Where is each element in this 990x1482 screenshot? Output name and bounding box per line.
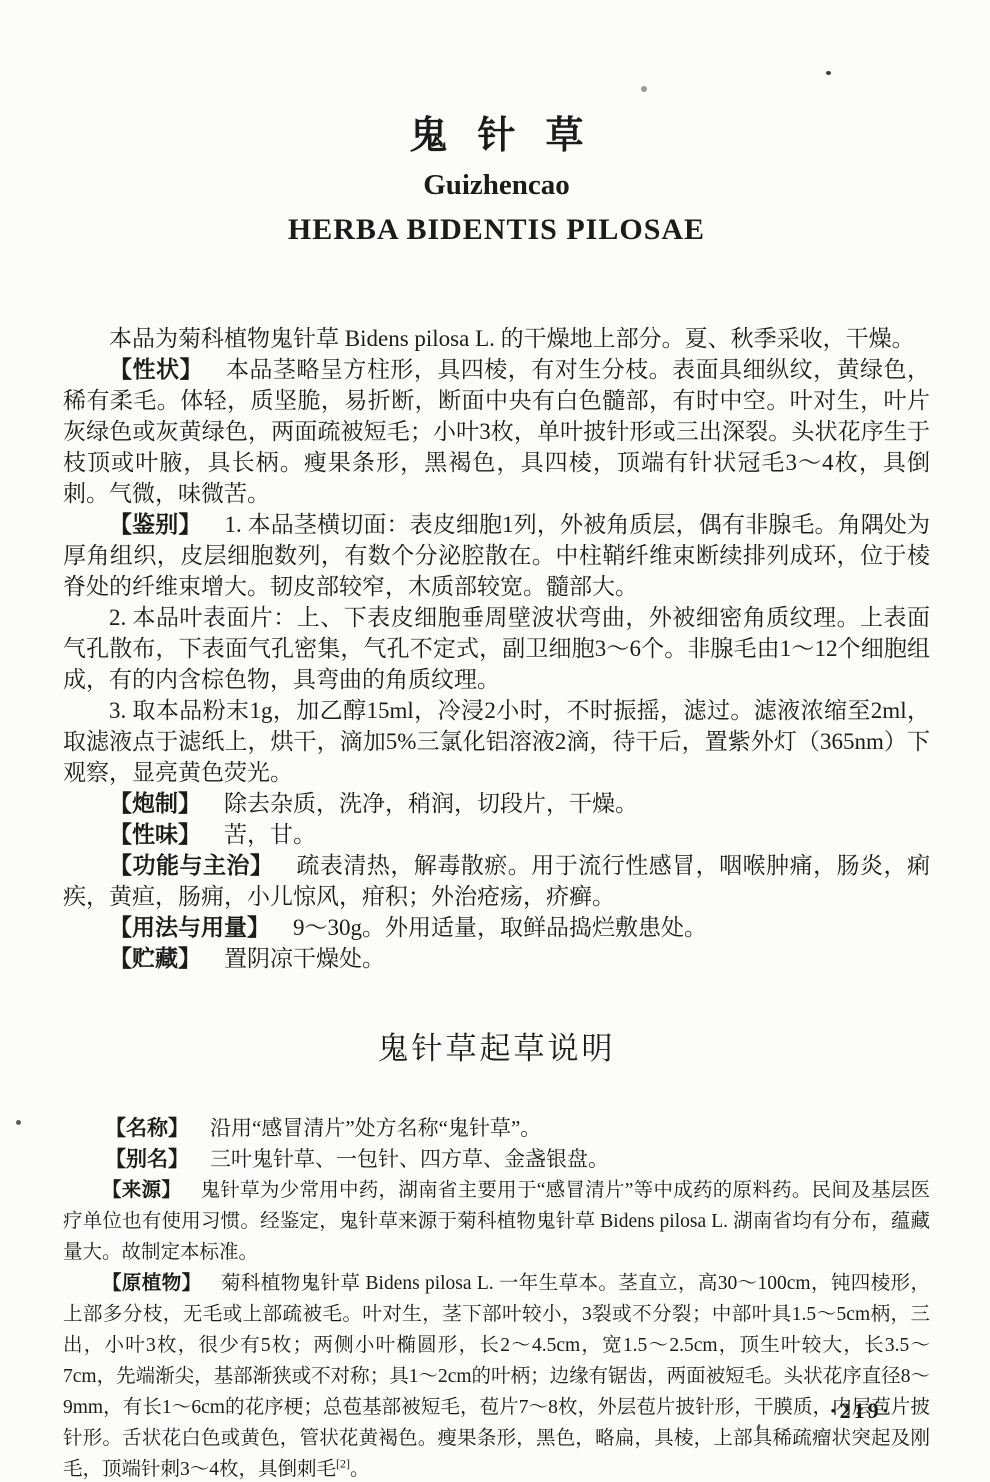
entry-label: 【炮制】 xyxy=(109,791,201,816)
entry-text-tail: 。 xyxy=(350,1459,370,1480)
paragraph-aliases: 【别名】三叶鬼针草、一包针、四方草、金盏银盘。 xyxy=(63,1144,930,1175)
drafting-notes: 【名称】沿用“感冒清片”处方名称“鬼针草”。 【别名】三叶鬼针草、一包针、四方草… xyxy=(63,1113,930,1482)
scan-artifact xyxy=(826,71,831,75)
paragraph-processing: 【炮制】除去杂质，洗净，稍润，切段片，干燥。 xyxy=(63,788,930,819)
entry-label: 【别名】 xyxy=(105,1147,189,1171)
intro-paragraph: 本品为菊科植物鬼针草 Bidens pilosa L. 的干燥地上部分。夏、秋季… xyxy=(63,323,930,354)
entry-text: 沿用“感冒清片”处方名称“鬼针草”。 xyxy=(210,1116,541,1140)
entry-text: 置阴凉干燥处。 xyxy=(224,946,385,971)
monograph-header: 鬼针草 Guizhencao HERBA BIDENTIS PILOSAE xyxy=(63,115,930,246)
entry-text: 9～30g。外用适量，取鲜品捣烂敷患处。 xyxy=(293,915,707,940)
entry-text: 3. 取本品粉末1g，加乙醇15ml，冷浸2小时，不时振摇，滤过。滤液浓缩至2m… xyxy=(63,698,930,785)
page-content: 鬼针草 Guizhencao HERBA BIDENTIS PILOSAE 本品… xyxy=(0,115,990,1482)
entry-label: 【来源】 xyxy=(102,1180,181,1201)
entry-text: 菊科植物鬼针草 Bidens pilosa L. 一年生草本。茎直立，高30～1… xyxy=(63,1273,930,1480)
entry-label: 【功能与主治】 xyxy=(109,853,273,878)
paragraph-functions: 【功能与主治】疏表清热，解毒散瘀。用于流行性感冒，咽喉肿痛，肠炎，痢疾，黄疸，肠… xyxy=(63,850,930,912)
document-page: 鬼针草 Guizhencao HERBA BIDENTIS PILOSAE 本品… xyxy=(0,0,990,1482)
paragraph-identification-3: 3. 取本品粉末1g，加乙醇15ml，冷浸2小时，不时振摇，滤过。滤液浓缩至2m… xyxy=(63,695,930,788)
title-chinese: 鬼针草 xyxy=(63,115,930,157)
citation-marker: [2] xyxy=(336,1457,350,1471)
entry-label: 【名称】 xyxy=(105,1116,189,1140)
scan-artifact xyxy=(641,86,647,92)
entry-text: 鬼针草为少常用中药，湖南省主要用于“感冒清片”等中成药的原料药。民间及基层医疗单… xyxy=(63,1180,930,1263)
section-title: 鬼针草起草说明 xyxy=(63,1031,930,1067)
paragraph-identification-2: 2. 本品叶表面片：上、下表皮细胞垂周壁波状弯曲，外被细密角质纹理。上表面气孔散… xyxy=(63,602,930,695)
entry-label: 【用法与用量】 xyxy=(109,915,270,940)
title-pinyin: Guizhencao xyxy=(63,170,930,202)
entry-label: 【贮藏】 xyxy=(109,946,201,971)
monograph-body: 本品为菊科植物鬼针草 Bidens pilosa L. 的干燥地上部分。夏、秋季… xyxy=(63,323,930,974)
page-number: ·219· xyxy=(829,1398,892,1424)
paragraph-dosage: 【用法与用量】9～30g。外用适量，取鲜品捣烂敷患处。 xyxy=(63,912,930,943)
paragraph-identification-1: 【鉴别】1. 本品茎横切面：表皮细胞1列，外被角质层，偶有非腺毛。角隅处为厚角组… xyxy=(63,509,930,602)
entry-text: 除去杂质，洗净，稍润，切段片，干燥。 xyxy=(224,791,638,816)
entry-label: 【性味】 xyxy=(109,822,201,847)
paragraph-description: 【性状】本品茎略呈方柱形，具四棱，有对生分枝。表面具细纵纹，黄绿色，稀有柔毛。体… xyxy=(63,354,930,509)
paragraph-storage: 【贮藏】置阴凉干燥处。 xyxy=(63,943,930,974)
entry-label: 【原植物】 xyxy=(102,1273,201,1294)
entry-label: 【鉴别】 xyxy=(109,512,202,537)
entry-text: 2. 本品叶表面片：上、下表皮细胞垂周壁波状弯曲，外被细密角质纹理。上表面气孔散… xyxy=(63,605,930,692)
paragraph-source: 【来源】鬼针草为少常用中药，湖南省主要用于“感冒清片”等中成药的原料药。民间及基… xyxy=(63,1175,930,1268)
title-latin: HERBA BIDENTIS PILOSAE xyxy=(63,213,930,246)
entry-text: 三叶鬼针草、一包针、四方草、金盏银盘。 xyxy=(210,1147,609,1171)
paragraph-name: 【名称】沿用“感冒清片”处方名称“鬼针草”。 xyxy=(63,1113,930,1144)
entry-text: 本品为菊科植物鬼针草 Bidens pilosa L. 的干燥地上部分。夏、秋季… xyxy=(109,326,915,351)
entry-label: 【性状】 xyxy=(109,357,203,382)
entry-text: 苦，甘。 xyxy=(224,822,316,847)
paragraph-original-plant: 【原植物】菊科植物鬼针草 Bidens pilosa L. 一年生草本。茎直立，… xyxy=(63,1268,930,1482)
paragraph-taste: 【性味】苦，甘。 xyxy=(63,819,930,850)
scan-artifact xyxy=(16,1120,21,1125)
